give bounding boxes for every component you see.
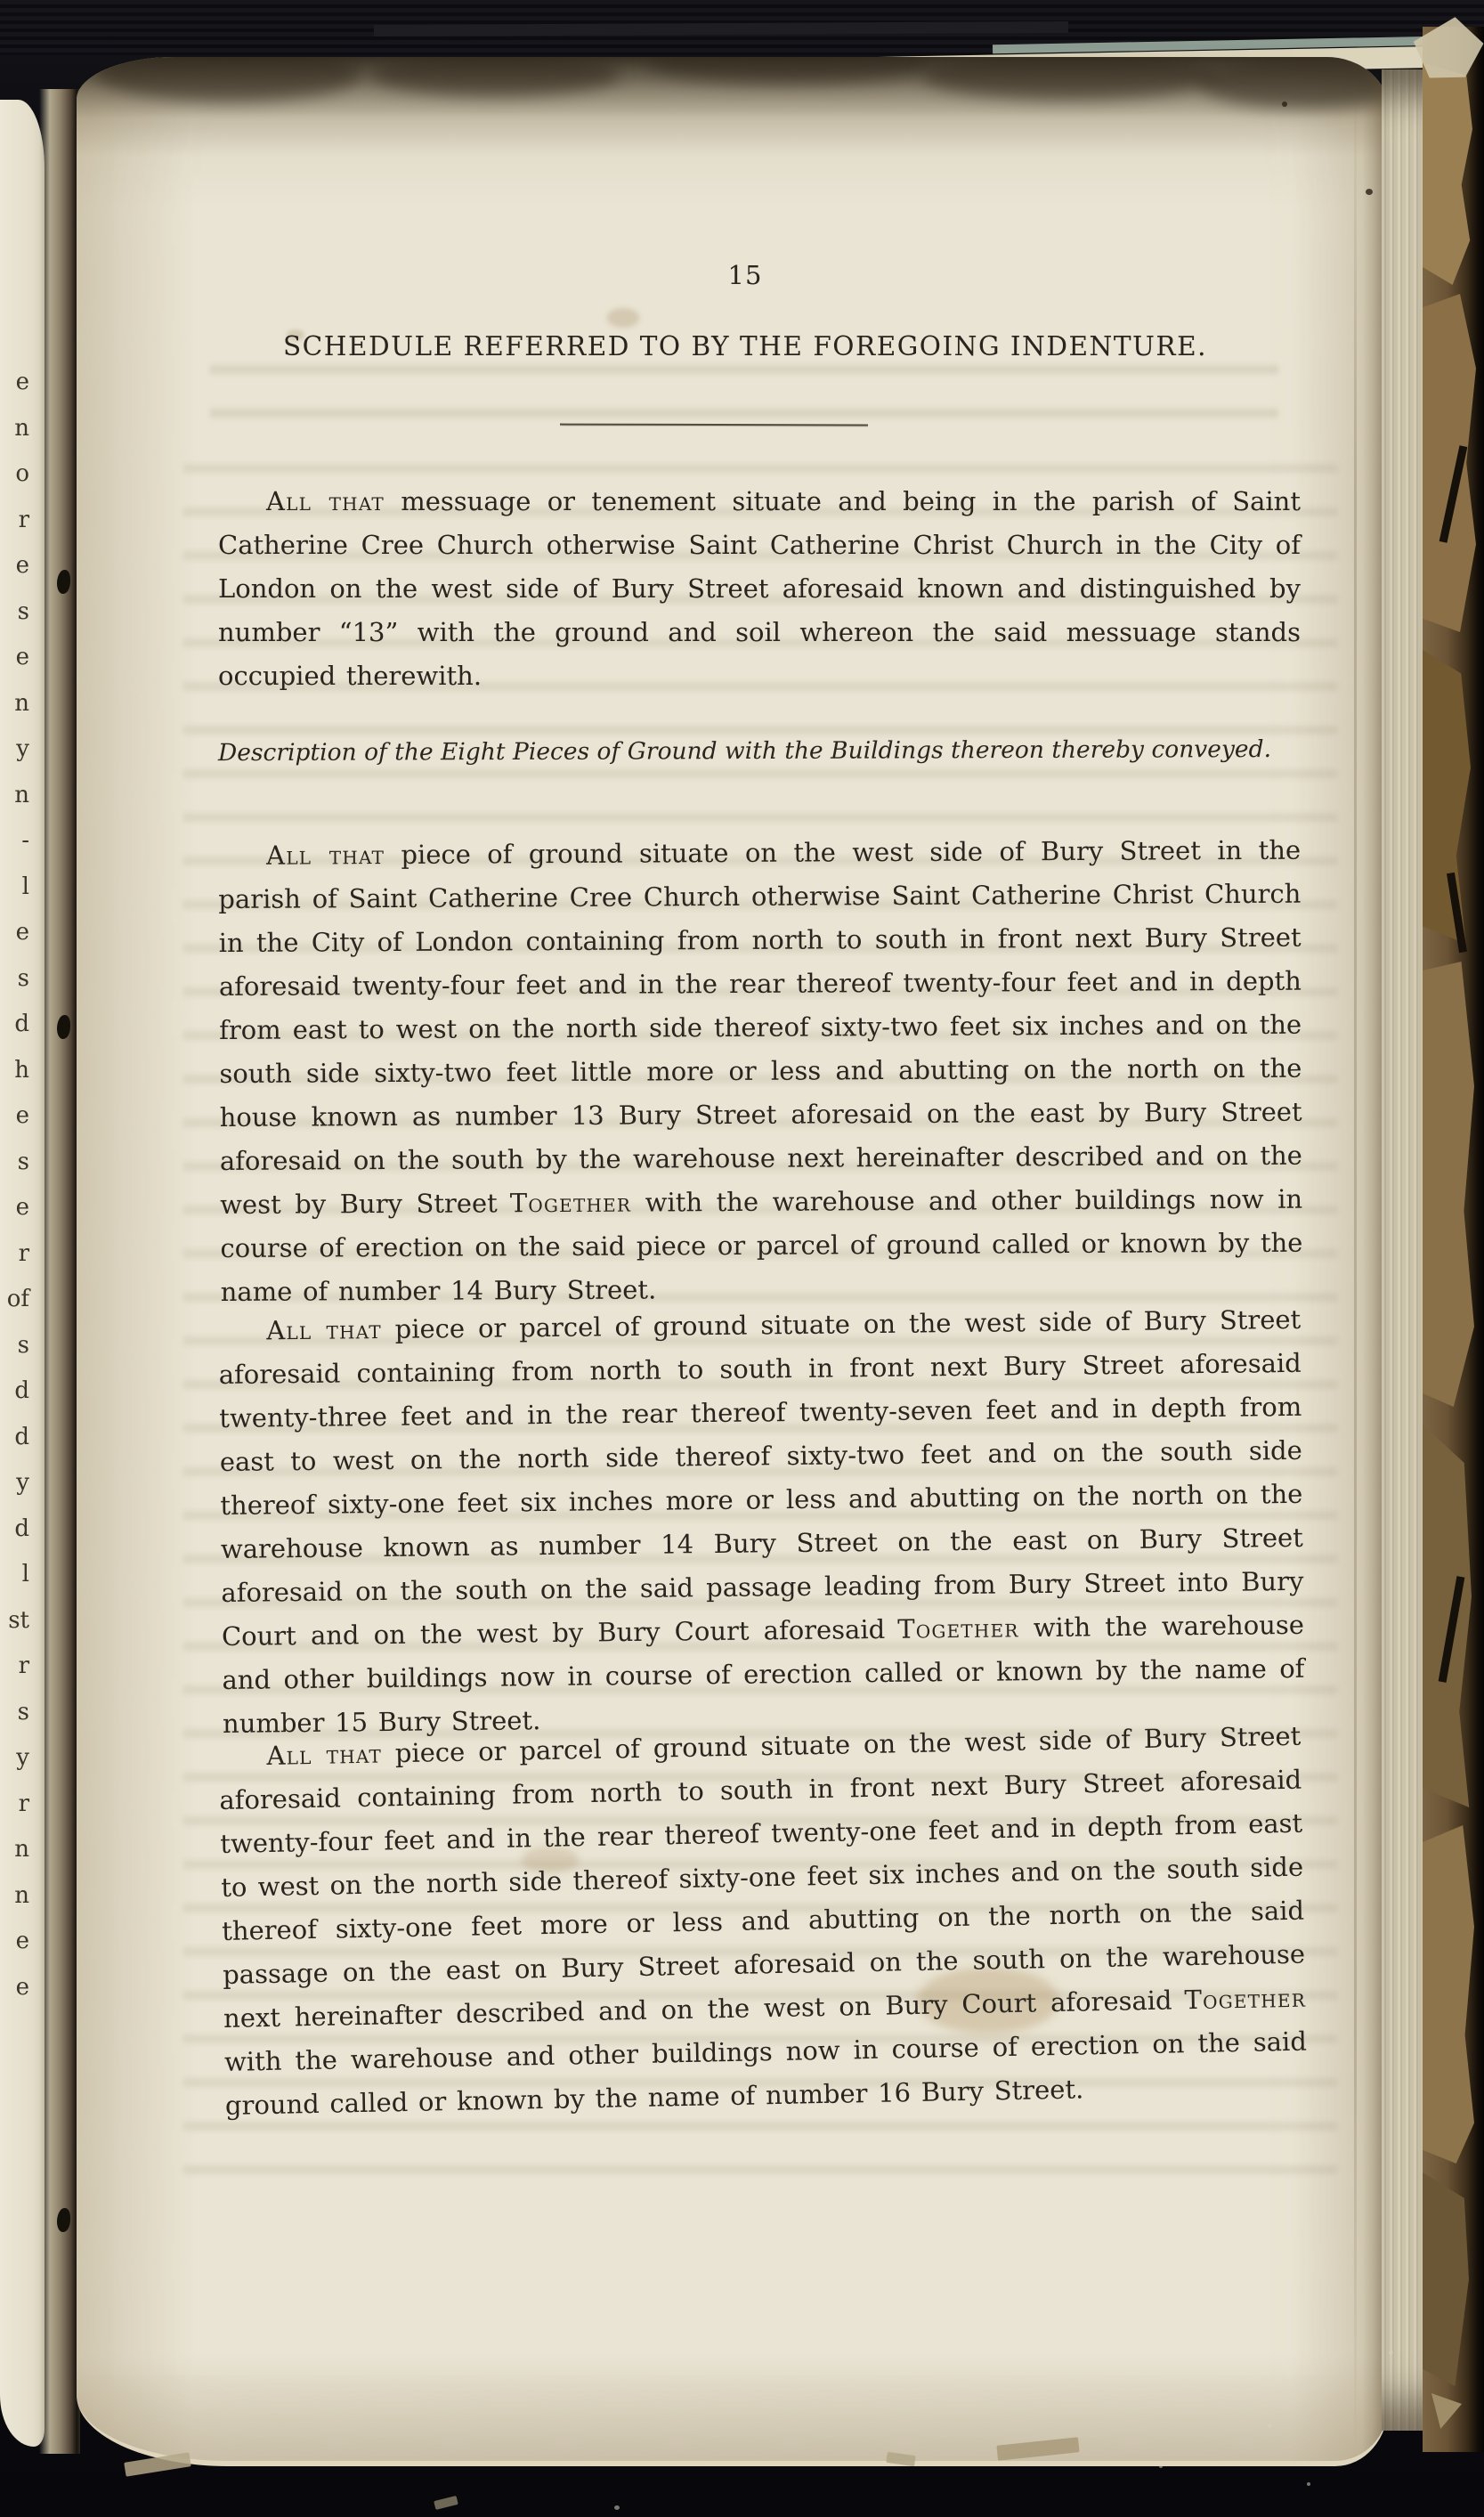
smallcaps-text: All that (266, 486, 385, 516)
edge-letter: y (0, 1735, 41, 1782)
smallcaps-text: All that (266, 840, 385, 871)
section-heading: Description of the Eight Pieces of Groun… (218, 735, 1301, 767)
edge-letter: s (0, 1690, 41, 1736)
edge-letter: d (0, 1002, 41, 1048)
edge-letter: r (0, 1231, 41, 1278)
edge-letter: s (0, 1140, 41, 1186)
intro-paragraph: All that messuage or tenement situate an… (218, 480, 1301, 698)
paper-fragment (1423, 2172, 1469, 2386)
edge-letter: n (0, 406, 41, 452)
schedule-title: SCHEDULE REFERRED TO BY THE FOREGOING IN… (204, 331, 1286, 361)
paper-fragment (1423, 1425, 1472, 1807)
edge-letter: r (0, 1782, 41, 1828)
paper-fragment (1423, 294, 1476, 632)
gutter-nick (57, 1015, 70, 1039)
edge-letter: o (0, 451, 41, 498)
paper-fragment (1423, 1825, 1474, 2164)
edge-letter: d (0, 1506, 41, 1553)
edge-letter: l (0, 865, 41, 911)
edge-letter: e (0, 910, 41, 956)
paper-fragment (1423, 62, 1472, 285)
description-paragraph-14-bury-street: All that piece of ground situate on the … (218, 829, 1303, 1314)
gutter-nick (57, 570, 70, 594)
edge-letter: l (0, 1552, 41, 1598)
smallcaps-text: Together (1184, 1983, 1306, 2016)
edge-letter: r (0, 1644, 41, 1690)
dust-speck (1389, 2351, 1393, 2355)
page-crease (1354, 57, 1357, 2461)
edge-letter: st (0, 1598, 41, 1644)
edge-letter: e (0, 1093, 41, 1140)
torn-binding-edge (1423, 27, 1484, 2452)
title-divider-rule (560, 424, 868, 426)
edge-letter: s (0, 956, 41, 1003)
body-text: messuage or tenement situate and being i… (218, 486, 1301, 691)
body-text: piece or parcel of ground situate on the… (219, 1721, 1305, 2034)
paper-fragment (434, 2496, 458, 2510)
document-page: 15 SCHEDULE REFERRED TO BY THE FOREGOING… (77, 57, 1389, 2466)
edge-letter: d (0, 1415, 41, 1461)
edge-letter: r (0, 498, 41, 544)
edge-letter: n (0, 773, 41, 819)
page-number: 15 (204, 260, 1286, 290)
edge-letter: s (0, 1323, 41, 1369)
dust-speck (267, 2404, 271, 2407)
paper-fragment (1423, 650, 1471, 944)
body-text: with the warehouse and other buildings n… (224, 2026, 1307, 2121)
edge-letter: h (0, 1048, 41, 1094)
dust-speck (1159, 2464, 1163, 2468)
edge-letter: e (0, 1919, 41, 1965)
description-paragraph-15-bury-street: All that piece or parcel of ground situa… (218, 1298, 1305, 1746)
dust-speck (614, 2505, 620, 2510)
smallcaps-text: All that (266, 1738, 382, 1770)
gutter-nick (57, 2208, 70, 2232)
line-ending-letters: enoresenyn-lesdheserofsddydlstrsyrnnee (0, 360, 41, 2010)
edge-letter: e (0, 543, 41, 589)
book-photo: { "document": { "page_number": "15", "ti… (0, 0, 1484, 2517)
edge-letter: e (0, 360, 41, 406)
edge-letter: e (0, 1965, 41, 2011)
book-gutter (39, 89, 80, 2454)
edge-letter: y (0, 1460, 41, 1506)
edge-letter: e (0, 635, 41, 681)
edge-letter: of (0, 1277, 41, 1323)
edge-letter: n (0, 1827, 41, 1873)
paper-fragment (1423, 962, 1474, 1407)
smallcaps-text: All that (266, 1314, 382, 1345)
body-text: piece or parcel of ground situate on the… (219, 1304, 1304, 1652)
smallcaps-text: Together (510, 1188, 632, 1219)
edge-letter: e (0, 1185, 41, 1231)
ink-fleck (1366, 189, 1373, 195)
body-text: piece of ground situate on the west side… (218, 835, 1302, 1220)
facing-page-edge: enoresenyn-lesdheserofsddydlstrsyrnnee (0, 100, 45, 2447)
dust-speck (1307, 2482, 1310, 2486)
edge-letter: - (0, 818, 41, 865)
edge-letter: s (0, 589, 41, 636)
text-column: 15 SCHEDULE REFERRED TO BY THE FOREGOING… (218, 57, 1301, 2461)
edge-letter: y (0, 727, 41, 773)
edge-letter: d (0, 1368, 41, 1415)
edge-letter: n (0, 681, 41, 727)
edge-letter: n (0, 1873, 41, 1920)
fore-edge-pages (1382, 69, 1426, 2431)
dust-speck (1268, 2424, 1272, 2428)
smallcaps-text: Together (897, 1612, 1019, 1644)
description-paragraph-16-bury-street: All that piece or parcel of ground situa… (218, 1715, 1308, 2128)
